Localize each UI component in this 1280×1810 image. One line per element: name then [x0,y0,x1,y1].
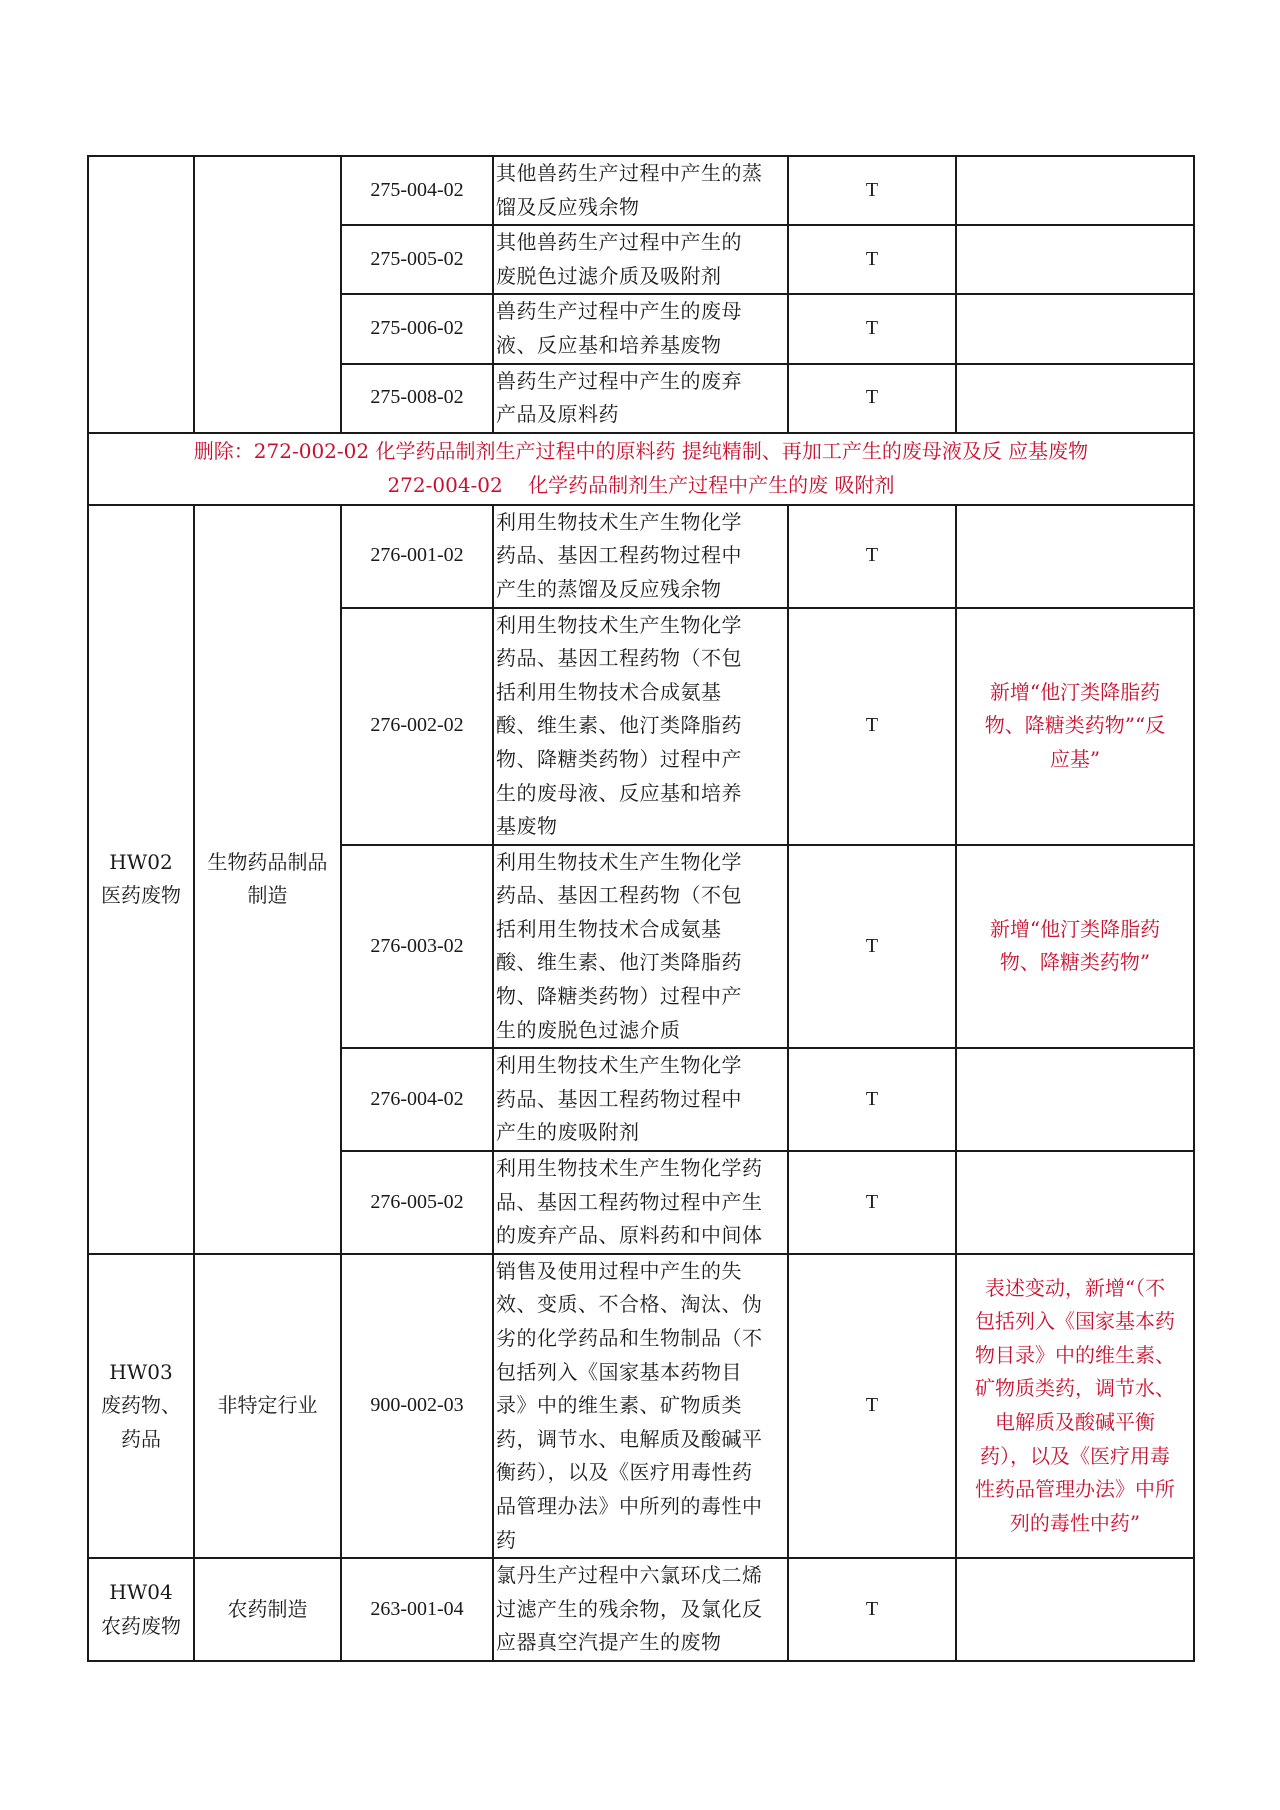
waste-code: 263-001-04 [341,1558,493,1661]
change-note [956,1558,1194,1661]
waste-code: 276-001-02 [341,505,493,608]
change-note: 新增“他汀类降脂药 物、降糖类药物” [956,845,1194,1049]
waste-description: 利用生物技术生产生物化学 药品、基因工程药物（不包 括利用生物技术合成氨基 酸、… [493,608,788,845]
hazard-property: T [788,1558,956,1661]
document-page: 275-004-02 其他兽药生产过程中产生的蒸 馏及反应残余物 T 275-0… [0,0,1280,1810]
hazard-property: T [788,225,956,294]
hazard-property: T [788,505,956,608]
change-note: 新增“他汀类降脂药 物、降糖类药物”“反 应基” [956,608,1194,845]
deleted-entries-note: 删除：272-002-02 化学药品制剂生产过程中的原料药 提纯精制、再加工产生… [88,433,1194,505]
change-note [956,156,1194,225]
waste-description: 其他兽药生产过程中产生的 废脱色过滤介质及吸附剂 [493,225,788,294]
change-note [956,1048,1194,1151]
table-row: HW04 农药废物 农药制造 263-001-04 氯丹生产过程中六氯环戊二烯 … [88,1558,1194,1661]
change-note [956,505,1194,608]
waste-code: 275-004-02 [341,156,493,225]
industry-cell [194,156,341,433]
waste-description: 利用生物技术生产生物化学 药品、基因工程药物过程中 产生的废吸附剂 [493,1048,788,1151]
hazard-property: T [788,156,956,225]
hazard-property: T [788,364,956,433]
waste-code: 900-002-03 [341,1254,493,1558]
hazardous-waste-table: 275-004-02 其他兽药生产过程中产生的蒸 馏及反应残余物 T 275-0… [87,155,1195,1662]
waste-description: 利用生物技术生产生物化学药 品、基因工程药物过程中产生 的废弃产品、原料药和中间… [493,1151,788,1254]
industry-cell: 农药制造 [194,1558,341,1661]
waste-description: 兽药生产过程中产生的废母 液、反应基和培养基废物 [493,294,788,363]
waste-description: 氯丹生产过程中六氯环戊二烯 过滤产生的残余物，及氯化反 应器真空汽提产生的废物 [493,1558,788,1661]
table-row: 275-004-02 其他兽药生产过程中产生的蒸 馏及反应残余物 T [88,156,1194,225]
hazard-property: T [788,1048,956,1151]
hazard-property: T [788,845,956,1049]
waste-code: 276-004-02 [341,1048,493,1151]
hazard-property: T [788,608,956,845]
waste-description: 其他兽药生产过程中产生的蒸 馏及反应残余物 [493,156,788,225]
change-note [956,225,1194,294]
category-cell: HW03 废药物、 药品 [88,1254,194,1558]
waste-code: 275-005-02 [341,225,493,294]
waste-code: 276-005-02 [341,1151,493,1254]
hazard-property: T [788,1151,956,1254]
deleted-entries-row: 删除：272-002-02 化学药品制剂生产过程中的原料药 提纯精制、再加工产生… [88,433,1194,505]
waste-code: 276-002-02 [341,608,493,845]
industry-cell: 非特定行业 [194,1254,341,1558]
waste-description: 销售及使用过程中产生的失 效、变质、不合格、淘汰、伪 劣的化学药品和生物制品（不… [493,1254,788,1558]
table-row: HW02 医药废物 生物药品制品 制造 276-001-02 利用生物技术生产生… [88,505,1194,608]
change-note [956,364,1194,433]
industry-cell: 生物药品制品 制造 [194,505,341,1254]
table-row: HW03 废药物、 药品 非特定行业 900-002-03 销售及使用过程中产生… [88,1254,1194,1558]
category-cell: HW04 农药废物 [88,1558,194,1661]
waste-description: 利用生物技术生产生物化学 药品、基因工程药物（不包 括利用生物技术合成氨基 酸、… [493,845,788,1049]
waste-description: 利用生物技术生产生物化学 药品、基因工程药物过程中 产生的蒸馏及反应残余物 [493,505,788,608]
waste-code: 276-003-02 [341,845,493,1049]
change-note [956,294,1194,363]
deleted-entry-line-1: 删除：272-002-02 化学药品制剂生产过程中的原料药 提纯精制、再加工产生… [91,435,1191,469]
change-note: 表述变动，新增“（不 包括列入《国家基本药 物目录》中的维生素、 矿物质类药，调… [956,1254,1194,1558]
hazard-property: T [788,1254,956,1558]
category-cell [88,156,194,433]
deleted-entry-line-2: 272-004-02 化学药品制剂生产过程中产生的废 吸附剂 [91,469,1191,503]
waste-description: 兽药生产过程中产生的废弃 产品及原料药 [493,364,788,433]
change-note [956,1151,1194,1254]
hazard-property: T [788,294,956,363]
waste-code: 275-006-02 [341,294,493,363]
category-cell: HW02 医药废物 [88,505,194,1254]
waste-code: 275-008-02 [341,364,493,433]
